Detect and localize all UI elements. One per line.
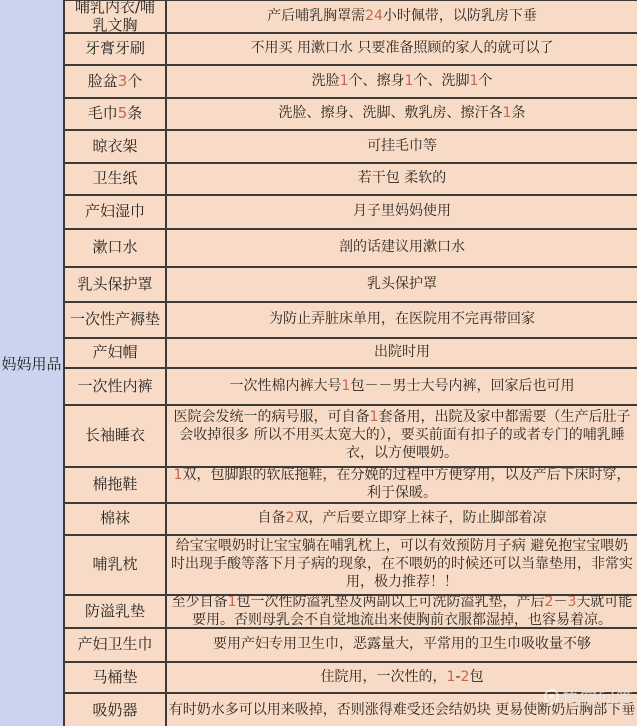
- item-cell: 一次性产褥垫: [63, 303, 167, 337]
- description-cell: 洗脸、擦身、洗脚、敷乳房、擦汗各1条: [167, 99, 637, 129]
- item-name: 哺乳内衣/哺乳文胸: [68, 1, 162, 32]
- item-cell: 产妇帽: [63, 339, 167, 367]
- item-description: 1双，包脚跟的软底拖鞋，在分娩的过程中方便穿用，以及产后下床时穿，利于保暖。: [169, 468, 635, 502]
- item-cell: 牙膏牙刷: [63, 34, 167, 64]
- table-row: 卫生纸 若干包 柔软的: [63, 164, 637, 196]
- item-cell: 乳头保护罩: [63, 268, 167, 301]
- item-description: 乳头保护罩: [367, 276, 437, 294]
- item-name: 哺乳枕: [92, 556, 137, 573]
- table-row: 一次性产褥垫 为防止弄脏床单用，在医院用不完再带回家: [63, 303, 637, 339]
- category-cell: 妈妈用品: [0, 0, 63, 726]
- item-description: 自备2双，产后要立即穿上袜子，防止脚部着凉: [258, 510, 547, 528]
- description-cell: 月子里妈妈使用: [167, 196, 637, 228]
- item-cell: 哺乳内衣/哺乳文胸: [63, 1, 167, 32]
- item-description: 至少自备1包一次性防溢乳垫及两副以上可洗防溢乳垫，产后2－3天就可能要用。否则母…: [169, 596, 635, 627]
- table-row: 防溢乳垫 至少自备1包一次性防溢乳垫及两副以上可洗防溢乳垫，产后2－3天就可能要…: [63, 596, 637, 629]
- description-cell: 洗脸1个、擦身1个、洗脚1个: [167, 66, 637, 97]
- item-cell: 长袖睡衣: [63, 406, 167, 466]
- item-name: 马桶垫: [92, 669, 137, 686]
- item-name: 防溢乳垫: [85, 603, 145, 620]
- category-label: 妈妈用品: [1, 353, 61, 374]
- item-cell: 脸盆3个: [63, 66, 167, 97]
- item-description: 若干包 柔软的: [358, 170, 446, 188]
- table-row: 马桶垫 住院用，一次性的，1-2包: [63, 663, 637, 694]
- item-name: 产妇帽: [92, 344, 137, 361]
- description-cell: 不用买 用漱口水 只要准备照顾的家人的就可以了: [167, 34, 637, 64]
- description-cell: 可挂毛巾等: [167, 131, 637, 162]
- item-name: 一次性产褥垫: [70, 311, 160, 328]
- item-cell: 棉袜: [63, 504, 167, 534]
- table-row: 产妇帽 出院时用: [63, 339, 637, 369]
- supplies-table: 哺乳内衣/哺乳文胸 产后哺乳胸罩需24小时佩带，以防乳房下垂 牙膏牙刷 不用买 …: [63, 0, 637, 726]
- table-row: 晾衣架 可挂毛巾等: [63, 131, 637, 164]
- item-cell: 卫生纸: [63, 164, 167, 194]
- table-row: 产妇湿巾 月子里妈妈使用: [63, 196, 637, 230]
- item-description: 不用买 用漱口水 只要准备照顾的家人的就可以了: [251, 40, 554, 58]
- item-description: 可挂毛巾等: [367, 138, 437, 156]
- item-description: 一次性棉内裤大号1包－－男士大号内裤，回家后也可用: [230, 378, 575, 396]
- item-description: 产后哺乳胸罩需24小时佩带，以防乳房下垂: [267, 8, 537, 26]
- description-cell: 产后哺乳胸罩需24小时佩带，以防乳房下垂: [167, 1, 637, 32]
- item-description: 要用产妇专用卫生巾，恶露量大，平常用的卫生巾吸收量不够: [213, 636, 591, 654]
- item-cell: 马桶垫: [63, 663, 167, 692]
- table-row: 产妇卫生巾 要用产妇专用卫生巾，恶露量大，平常用的卫生巾吸收量不够: [63, 629, 637, 663]
- item-description: 剖的话建议用漱口水: [339, 239, 465, 257]
- item-name: 产妇卫生巾: [77, 636, 152, 653]
- description-cell: 自备2双，产后要立即穿上袜子，防止脚部着凉: [167, 504, 637, 534]
- item-cell: 吸奶器: [63, 694, 167, 726]
- description-cell: 给宝宝喂奶时让宝宝躺在哺乳枕上，可以有效预防月子病 避免抱宝宝喂奶时出现手酸等落…: [167, 536, 637, 594]
- item-description: 洗脸、擦身、洗脚、敷乳房、擦汗各1条: [279, 105, 526, 123]
- description-cell: 一次性棉内裤大号1包－－男士大号内裤，回家后也可用: [167, 369, 637, 404]
- item-name: 乳头保护罩: [77, 276, 152, 293]
- description-cell: 剖的话建议用漱口水: [167, 230, 637, 266]
- description-cell: 至少自备1包一次性防溢乳垫及两副以上可洗防溢乳垫，产后2－3天就可能要用。否则母…: [167, 596, 637, 627]
- item-cell: 晾衣架: [63, 131, 167, 162]
- item-description: 住院用，一次性的，1-2包: [321, 669, 484, 687]
- item-cell: 一次性内裤: [63, 369, 167, 404]
- item-cell: 产妇卫生巾: [63, 629, 167, 661]
- item-description: 为防止弄脏床单用，在医院用不完再带回家: [269, 311, 535, 329]
- item-description: 出院时用: [374, 344, 430, 362]
- table-row: 乳头保护罩 乳头保护罩: [63, 268, 637, 303]
- table-row: 牙膏牙刷 不用买 用漱口水 只要准备照顾的家人的就可以了: [63, 34, 637, 66]
- description-cell: 有时奶水多可以用来吸掉，否则涨得难受还会结奶块 更易使断奶后胸部下垂: [167, 694, 637, 726]
- table-row: 毛巾5条 洗脸、擦身、洗脚、敷乳房、擦汗各1条: [63, 99, 637, 131]
- item-description: 月子里妈妈使用: [353, 203, 451, 221]
- table-row: 哺乳枕 给宝宝喂奶时让宝宝躺在哺乳枕上，可以有效预防月子病 避免抱宝宝喂奶时出现…: [63, 536, 637, 596]
- item-description: 洗脸1个、擦身1个、洗脚1个: [312, 73, 493, 91]
- item-cell: 棉拖鞋: [63, 468, 167, 502]
- description-cell: 若干包 柔软的: [167, 164, 637, 194]
- description-cell: 医院会发统一的病号服，可自备1套备用，出院及家中都需要（生产后肚子会收掉很多 所…: [167, 406, 637, 466]
- item-name: 棉袜: [100, 510, 130, 527]
- description-cell: 要用产妇专用卫生巾，恶露量大，平常用的卫生巾吸收量不够: [167, 629, 637, 661]
- item-name: 吸奶器: [92, 702, 137, 719]
- item-cell: 哺乳枕: [63, 536, 167, 594]
- item-name: 长袖睡衣: [85, 427, 145, 444]
- table-row: 一次性内裤 一次性棉内裤大号1包－－男士大号内裤，回家后也可用: [63, 369, 637, 406]
- table-row: 漱口水 剖的话建议用漱口水: [63, 230, 637, 268]
- table-row: 吸奶器 有时奶水多可以用来吸掉，否则涨得难受还会结奶块 更易使断奶后胸部下垂: [63, 694, 637, 726]
- table-row: 长袖睡衣 医院会发统一的病号服，可自备1套备用，出院及家中都需要（生产后肚子会收…: [63, 406, 637, 468]
- checklist-table-screenshot: 妈妈用品 哺乳内衣/哺乳文胸 产后哺乳胸罩需24小时佩带，以防乳房下垂 牙膏牙刷…: [0, 0, 637, 726]
- item-name: 漱口水: [92, 239, 137, 256]
- item-name: 牙膏牙刷: [85, 40, 145, 57]
- item-description: 有时奶水多可以用来吸掉，否则涨得难受还会结奶块 更易使断奶后胸部下垂: [169, 702, 635, 720]
- item-cell: 漱口水: [63, 230, 167, 266]
- table-row: 脸盆3个 洗脸1个、擦身1个、洗脚1个: [63, 66, 637, 99]
- item-name: 棉拖鞋: [92, 476, 137, 493]
- description-cell: 为防止弄脏床单用，在医院用不完再带回家: [167, 303, 637, 337]
- description-cell: 乳头保护罩: [167, 268, 637, 301]
- description-cell: 1双，包脚跟的软底拖鞋，在分娩的过程中方便穿用，以及产后下床时穿，利于保暖。: [167, 468, 637, 502]
- item-name: 一次性内裤: [77, 378, 152, 395]
- item-description: 给宝宝喂奶时让宝宝躺在哺乳枕上，可以有效预防月子病 避免抱宝宝喂奶时出现手酸等落…: [169, 538, 635, 592]
- description-cell: 出院时用: [167, 339, 637, 367]
- item-cell: 防溢乳垫: [63, 596, 167, 627]
- table-row: 棉袜 自备2双，产后要立即穿上袜子，防止脚部着凉: [63, 504, 637, 536]
- item-name: 产妇湿巾: [85, 203, 145, 220]
- item-cell: 产妇湿巾: [63, 196, 167, 228]
- item-cell: 毛巾5条: [63, 99, 167, 129]
- item-name: 脸盆3个: [88, 73, 143, 90]
- item-name: 毛巾5条: [88, 105, 143, 122]
- table-row: 棉拖鞋 1双，包脚跟的软底拖鞋，在分娩的过程中方便穿用，以及产后下床时穿，利于保…: [63, 468, 637, 504]
- item-name: 晾衣架: [92, 138, 137, 155]
- description-cell: 住院用，一次性的，1-2包: [167, 663, 637, 692]
- table-row: 哺乳内衣/哺乳文胸 产后哺乳胸罩需24小时佩带，以防乳房下垂: [63, 1, 637, 34]
- item-name: 卫生纸: [92, 170, 137, 187]
- item-description: 医院会发统一的病号服，可自备1套备用，出院及家中都需要（生产后肚子会收掉很多 所…: [169, 409, 635, 463]
